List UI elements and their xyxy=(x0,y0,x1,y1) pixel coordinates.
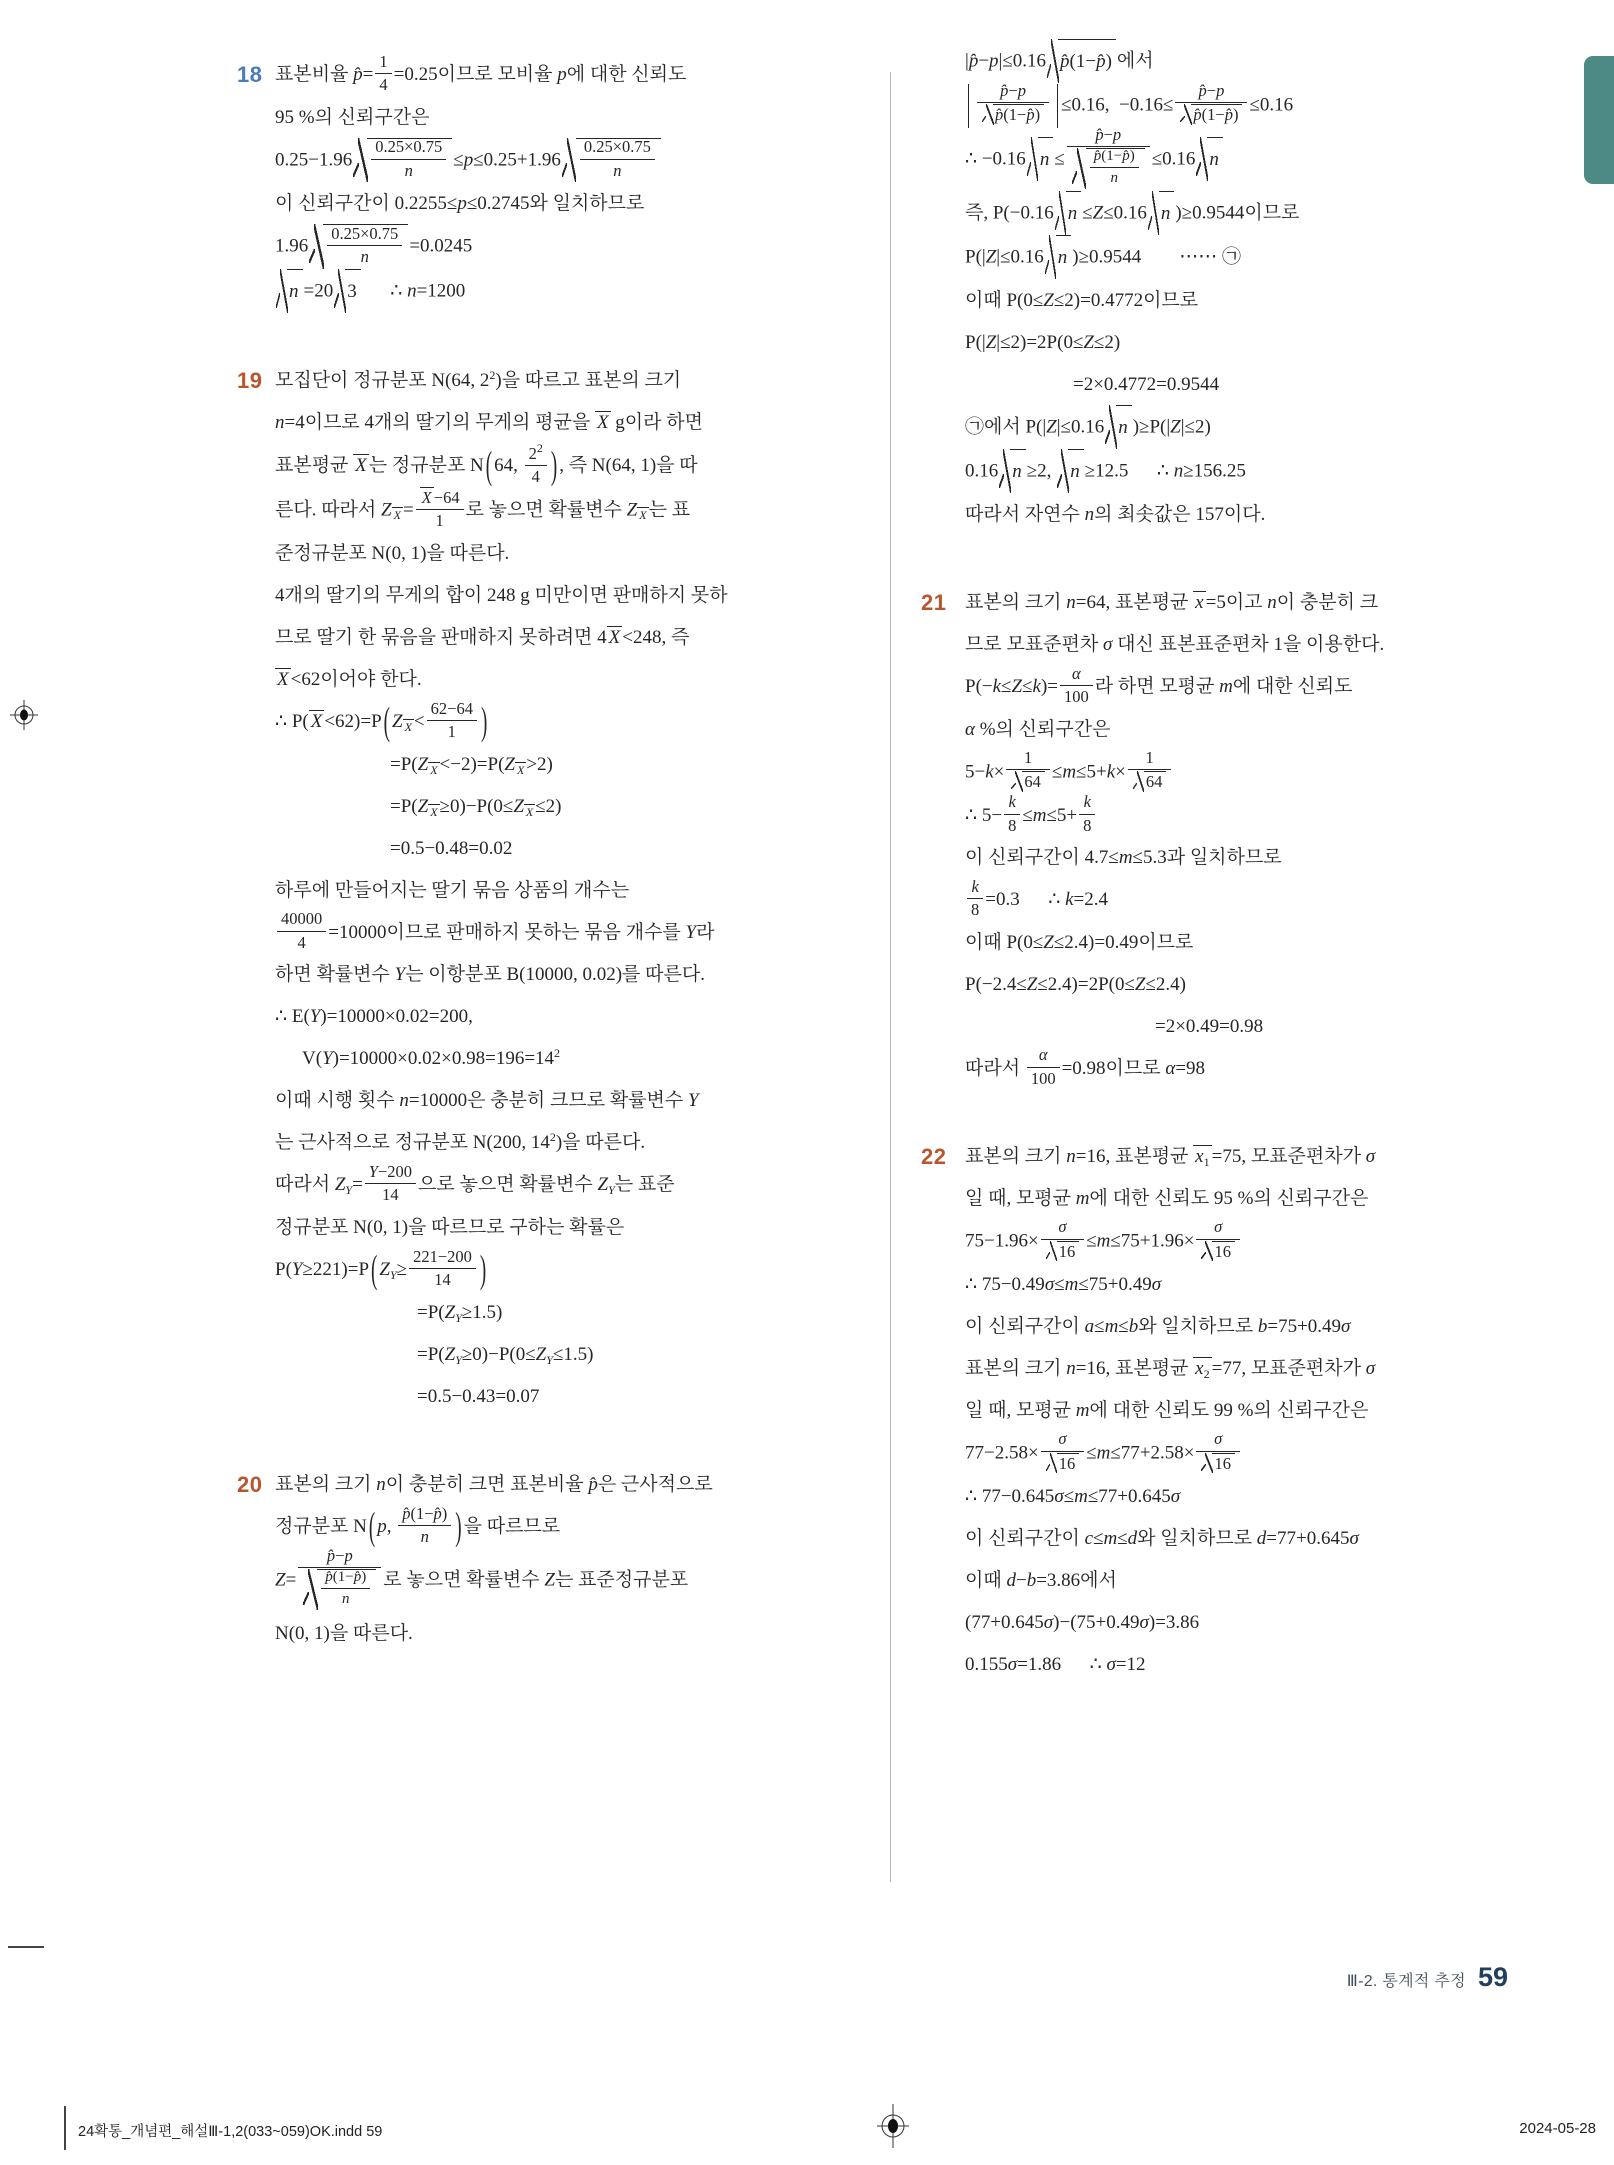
solution-line: 이 신뢰구간이 c≤m≤d와 일치하므로 d=77+0.645σ xyxy=(965,1518,1585,1560)
column-divider xyxy=(890,72,891,1882)
solution-line: 1.960.25×0.75n=0.0245 xyxy=(275,225,885,270)
solution-line: 표본의 크기 n=16, 표본평균 x2=77, 모표준편차가 σ xyxy=(965,1348,1585,1390)
solution-line: 표본의 크기 n=16, 표본평균 x1=75, 모표준편차가 σ xyxy=(965,1136,1585,1178)
solution-line: 77−2.58×σ16≤m≤77+2.58×σ16 xyxy=(965,1432,1585,1476)
print-info-row: 24확통_개념편_해설Ⅲ-1,2(033~059)OK.indd 59 2024… xyxy=(0,2112,1614,2152)
solution-line: 정규분포 N(p, p̂(1−p̂)n)을 따르므로 xyxy=(275,1506,885,1549)
print-date: 2024-05-28 xyxy=(1519,2120,1596,2137)
solution-line: 이때 시행 횟수 n=10000은 충분히 크므로 확률변수 Y xyxy=(275,1080,885,1122)
solution-line: 0.155σ=1.86 ∴ σ=12 xyxy=(965,1644,1585,1686)
solution-line: 하면 확률변수 Y는 이항분포 B(10000, 0.02)를 따른다. xyxy=(275,954,885,996)
solution-line: 이 신뢰구간이 0.2255≤p≤0.2745와 일치하므로 xyxy=(275,183,885,225)
solution-line: 이때 P(0≤Z≤2)=0.4772이므로 xyxy=(965,280,1585,322)
solution-line: Z=p̂−pp̂(1−p̂)n로 놓으면 확률변수 Z는 표준정규분포 xyxy=(275,1549,885,1613)
print-mark-dash xyxy=(8,1946,44,1948)
solution-line: p̂−pp̂(1−p̂)≤0.16, −0.16≤p̂−pp̂(1−p̂)≤0.… xyxy=(965,84,1585,128)
solution-line: 따라서 α100=0.98이므로 α=98 xyxy=(965,1048,1585,1091)
solution-line: N(0, 1)을 따른다. xyxy=(275,1613,885,1655)
solution-line: =P(ZY≥1.5) xyxy=(275,1292,885,1334)
solution-line: 므로 모표준편차 σ 대신 표본표준편차 1을 이용한다. xyxy=(965,624,1585,666)
solution-line: =P(ZX<−2)=P(ZX>2) xyxy=(275,744,885,786)
solution-line: =2×0.4772=0.9544 xyxy=(965,364,1585,406)
solution-line: 이때 d−b=3.86에서 xyxy=(965,1560,1585,1602)
solution-line: 하루에 만들어지는 딸기 묶음 상품의 개수는 xyxy=(275,870,885,912)
solution-line: 0.25−1.960.25×0.75n≤p≤0.25+1.960.25×0.75… xyxy=(275,139,885,184)
solution-line: 표본평균 X는 정규분포 N(64, 224), 즉 N(64, 1)을 따 xyxy=(275,444,885,489)
problem-18: 18표본비율 p̂=14=0.25이므로 모비율 p에 대한 신뢰도95 %의 … xyxy=(275,54,885,314)
section-tab xyxy=(1584,56,1614,184)
solution-line: 이 신뢰구간이 4.7≤m≤5.3과 일치하므로 xyxy=(965,837,1585,879)
solution-line: 95 %의 신뢰구간은 xyxy=(275,97,885,139)
solution-line: 일 때, 모평균 m에 대한 신뢰도 99 %의 신뢰구간은 xyxy=(965,1390,1585,1432)
print-file-info: 24확통_개념편_해설Ⅲ-1,2(033~059)OK.indd 59 xyxy=(78,2120,382,2141)
solution-line: 400004=10000이므로 판매하지 못하는 묶음 개수를 Y라 xyxy=(275,912,885,955)
problem-22: 22표본의 크기 n=16, 표본평균 x1=75, 모표준편차가 σ일 때, … xyxy=(965,1136,1585,1686)
solution-line: 표본의 크기 n이 충분히 크면 표본비율 p̂은 근사적으로 xyxy=(275,1464,885,1506)
solution-line: 므로 딸기 한 묶음을 판매하지 못하려면 4X<248, 즉 xyxy=(275,617,885,659)
solution-line: =0.5−0.43=0.07 xyxy=(275,1376,885,1418)
solution-line: =0.5−0.48=0.02 xyxy=(275,828,885,870)
problem-21: 21표본의 크기 n=64, 표본평균 x=5이고 n이 충분히 크므로 모표준… xyxy=(965,582,1585,1090)
solution-line: P(−2.4≤Z≤2.4)=2P(0≤Z≤2.4) xyxy=(965,964,1585,1006)
solution-line: 4개의 딸기의 무게의 합이 248 g 미만이면 판매하지 못하 xyxy=(275,575,885,617)
solution-line: P(|Z|≤0.16n)≥0.9544 ⋯⋯ ㉠ xyxy=(965,236,1585,280)
solution-line: =P(ZX≥0)−P(0≤ZX≤2) xyxy=(275,786,885,828)
problem-20: 20표본의 크기 n이 충분히 크면 표본비율 p̂은 근사적으로정규분포 N(… xyxy=(275,1464,885,1655)
page: 18표본비율 p̂=14=0.25이므로 모비율 p에 대한 신뢰도95 %의 … xyxy=(0,0,1614,2165)
problem-20-continued: |p̂−p|≤0.16p̂(1−p̂)에서p̂−pp̂(1−p̂)≤0.16, … xyxy=(965,40,1585,536)
page-footer: Ⅲ-2. 통계적 추정 59 xyxy=(1347,1962,1508,1993)
solution-line: 모집단이 정규분포 N(64, 22)을 따르고 표본의 크기 xyxy=(275,360,885,402)
solution-line: (77+0.645σ)−(75+0.49σ)=3.86 xyxy=(965,1602,1585,1644)
solution-line: ∴ −0.16n≤p̂−pp̂(1−p̂)n≤0.16n xyxy=(965,128,1585,192)
solutions-column-left: 18표본비율 p̂=14=0.25이므로 모비율 p에 대한 신뢰도95 %의 … xyxy=(275,54,885,1655)
solution-line: ∴ 77−0.645σ≤m≤77+0.645σ xyxy=(965,1476,1585,1518)
solution-line: 즉, P(−0.16n≤Z≤0.16n)≥0.9544이므로 xyxy=(965,192,1585,236)
solution-line: 0.16n≥2, n≥12.5 ∴ n≥156.25 xyxy=(965,450,1585,494)
problem-number: 20 xyxy=(237,1472,262,1498)
problem-number: 19 xyxy=(237,368,262,394)
solution-line: 표본비율 p̂=14=0.25이므로 모비율 p에 대한 신뢰도 xyxy=(275,54,885,97)
solution-line: V(Y)=10000×0.02×0.98=196=142 xyxy=(275,1038,885,1080)
problem-number: 22 xyxy=(921,1144,946,1170)
section-title: Ⅲ-2. 통계적 추정 xyxy=(1347,1968,1466,1991)
solution-line: X<62이어야 한다. xyxy=(275,659,885,701)
solution-line: =2×0.49=0.98 xyxy=(965,1006,1585,1048)
solution-line: k8=0.3 ∴ k=2.4 xyxy=(965,879,1585,922)
solution-line: 정규분포 N(0, 1)을 따르므로 구하는 확률은 xyxy=(275,1207,885,1249)
solution-line: n=203 ∴ n=1200 xyxy=(275,270,885,314)
solution-line: 일 때, 모평균 m에 대한 신뢰도 95 %의 신뢰구간은 xyxy=(965,1178,1585,1220)
solution-line: |p̂−p|≤0.16p̂(1−p̂)에서 xyxy=(965,40,1585,84)
problem-number: 21 xyxy=(921,590,946,616)
solution-line: 는 근사적으로 정규분포 N(200, 142)을 따른다. xyxy=(275,1122,885,1164)
solutions-column-right: |p̂−p|≤0.16p̂(1−p̂)에서p̂−pp̂(1−p̂)≤0.16, … xyxy=(965,40,1585,1686)
solution-line: 준정규분포 N(0, 1)을 따른다. xyxy=(275,533,885,575)
problem-19: 19모집단이 정규분포 N(64, 22)을 따르고 표본의 크기n=4이므로 … xyxy=(275,360,885,1418)
solution-line: 른다. 따라서 ZX=X−641로 놓으면 확률변수 ZX는 표 xyxy=(275,489,885,533)
solution-line: n=4이므로 4개의 딸기의 무게의 평균을 X g이라 하면 xyxy=(275,402,885,444)
solution-line: 이때 P(0≤Z≤2.4)=0.49이므로 xyxy=(965,922,1585,964)
solution-line: ∴ E(Y)=10000×0.02=200, xyxy=(275,996,885,1038)
solution-line: P(−k≤Z≤k)=α100라 하면 모평균 m에 대한 신뢰도 xyxy=(965,666,1585,709)
solution-line: ㉠에서 P(|Z|≤0.16n)≥P(|Z|≤2) xyxy=(965,406,1585,450)
print-mark-line xyxy=(64,2106,66,2150)
solution-line: 5−k×164≤m≤5+k×164 xyxy=(965,751,1585,795)
solution-line: 이 신뢰구간이 a≤m≤b와 일치하므로 b=75+0.49σ xyxy=(965,1306,1585,1348)
problem-number: 18 xyxy=(237,62,262,88)
solution-line: α %의 신뢰구간은 xyxy=(965,709,1585,751)
solution-line: 표본의 크기 n=64, 표본평균 x=5이고 n이 충분히 크 xyxy=(965,582,1585,624)
solution-line: 따라서 ZY=Y−20014으로 놓으면 확률변수 ZY는 표준 xyxy=(275,1164,885,1207)
solution-line: =P(ZY≥0)−P(0≤ZY≤1.5) xyxy=(275,1334,885,1376)
solution-line: P(Y≥221)=P(ZY≥221−20014) xyxy=(275,1249,885,1292)
solution-line: 따라서 자연수 n의 최솟값은 157이다. xyxy=(965,494,1585,536)
solution-line: ∴ 5−k8≤m≤5+k8 xyxy=(965,795,1585,838)
solution-line: ∴ 75−0.49σ≤m≤75+0.49σ xyxy=(965,1264,1585,1306)
solution-line: 75−1.96×σ16≤m≤75+1.96×σ16 xyxy=(965,1220,1585,1264)
page-number: 59 xyxy=(1478,1962,1508,1993)
solution-line: ∴ P(X<62)=P(ZX<62−641) xyxy=(275,701,885,744)
registration-mark xyxy=(10,700,38,730)
solution-line: P(|Z|≤2)=2P(0≤Z≤2) xyxy=(965,322,1585,364)
